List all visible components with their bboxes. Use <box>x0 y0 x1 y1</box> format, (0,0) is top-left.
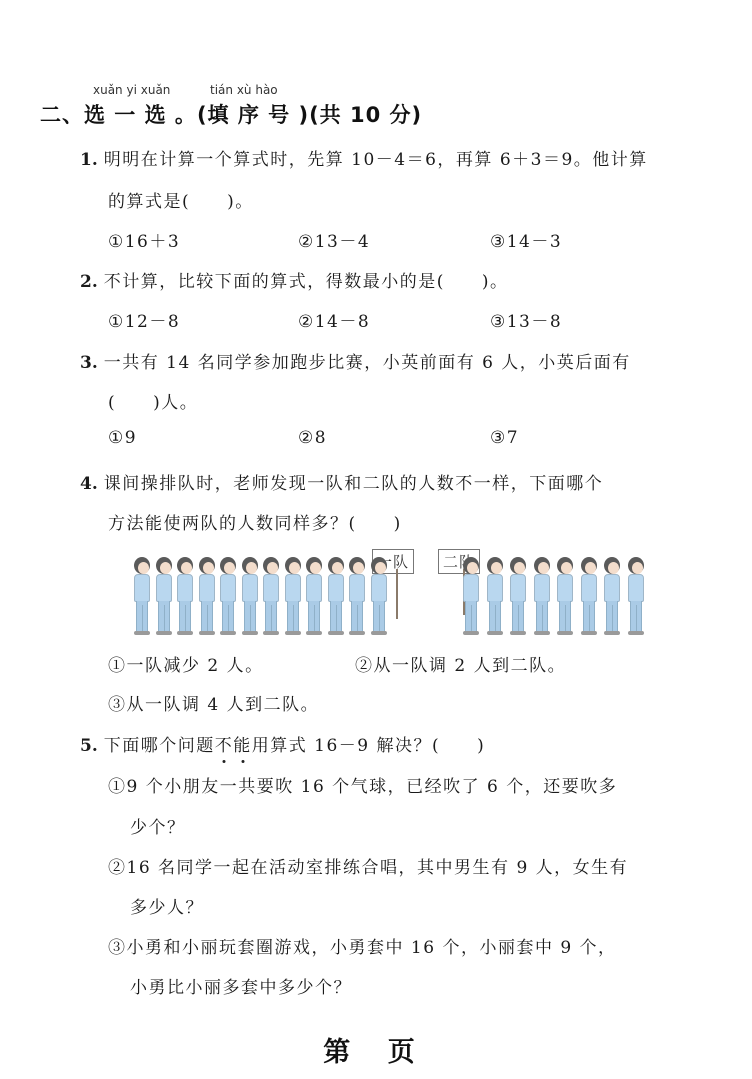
question-text: 明明在计算一个算式时，先算 10－4＝6，再算 6＋3＝9。他计算 <box>104 150 648 170</box>
question-5-option-2-line-2: 多少人？ <box>130 893 204 918</box>
question-4-line-2: 方法能使两队的人数同样多？( ) <box>108 509 402 534</box>
student-figure <box>132 557 152 635</box>
question-number: 3. <box>80 353 98 373</box>
question-text-post: 用算式 16－9 解决？( ) <box>252 736 486 756</box>
student-figure <box>626 557 646 635</box>
student-figure <box>326 557 346 635</box>
question-1-line-1: 1.明明在计算一个算式时，先算 10－4＝6，再算 6＋3＝9。他计算 <box>80 145 648 170</box>
team-1-sign-pole <box>396 569 398 619</box>
student-figure <box>283 557 303 635</box>
question-number: 5. <box>80 736 98 756</box>
student-figure <box>175 557 195 635</box>
question-text-pre: 下面哪个问题 <box>104 736 215 756</box>
question-3-option-3: ③7 <box>490 428 519 448</box>
question-1-option-3: ③14－3 <box>490 227 562 252</box>
question-number: 4. <box>80 474 98 494</box>
student-figure <box>461 557 481 635</box>
question-text: 不计算，比较下面的算式，得数最小的是( )。 <box>104 272 509 292</box>
question-4-line-1: 4.课间操排队时，老师发现一队和二队的人数不一样，下面哪个 <box>80 469 603 494</box>
student-figure <box>602 557 622 635</box>
question-5-line-1: 5.下面哪个问题不能用算式 16－9 解决？( ) <box>80 731 485 756</box>
pinyin-xuan-yi-xuan: xuǎn yi xuǎn <box>93 83 170 97</box>
question-4-option-2: ②从一队调 2 人到二队。 <box>355 651 566 676</box>
question-5-option-3-line-2: 小勇比小丽多套中多少个？ <box>130 973 352 998</box>
emphasis-can: 能 <box>233 736 252 756</box>
question-number: 1. <box>80 150 98 170</box>
question-3-line-2: ( )人。 <box>108 388 198 413</box>
section-number: 二、 <box>40 103 84 127</box>
question-2-option-2: ②14－8 <box>298 307 370 332</box>
student-figure <box>532 557 552 635</box>
section-name: 选 一 选 。 <box>84 103 197 127</box>
section-points: (共 10 分) <box>309 103 422 127</box>
question-text: 一共有 14 名同学参加跑步比赛，小英前面有 6 人，小英后面有 <box>104 353 631 373</box>
student-figure <box>154 557 174 635</box>
question-3-option-2: ②8 <box>298 428 327 448</box>
student-figure <box>508 557 528 635</box>
emphasis-not: 不 <box>215 736 234 756</box>
question-text: 课间操排队时，老师发现一队和二队的人数不一样，下面哪个 <box>104 474 604 494</box>
student-figure <box>347 557 367 635</box>
question-2-option-3: ③13－8 <box>490 307 562 332</box>
question-number: 2. <box>80 272 98 292</box>
question-1-option-2: ②13－4 <box>298 227 370 252</box>
question-1-line-2: 的算式是( )。 <box>108 187 254 212</box>
student-figure <box>218 557 238 635</box>
section-title: 二、选 一 选 。(填 序 号 )(共 10 分) <box>40 99 422 129</box>
question-4-option-1: ①一队减少 2 人。 <box>108 651 264 676</box>
question-4-option-3: ③从一队调 4 人到二队。 <box>108 690 319 715</box>
page-number-label: 第 页 <box>0 1030 752 1069</box>
student-figure <box>579 557 599 635</box>
student-figure <box>369 557 389 635</box>
question-5-option-3-line-1: ③小勇和小丽玩套圈游戏，小勇套中 16 个，小丽套中 9 个， <box>108 933 617 958</box>
question-5-option-1-line-1: ①9 个小朋友一共要吹 16 个气球，已经吹了 6 个，还要吹多 <box>108 772 617 797</box>
student-figure <box>240 557 260 635</box>
question-2-line-1: 2.不计算，比较下面的算式，得数最小的是( )。 <box>80 267 509 292</box>
pinyin-tian-xu-hao: tián xù hào <box>210 83 278 97</box>
question-3-option-1: ①9 <box>108 428 137 448</box>
student-figure <box>197 557 217 635</box>
question-3-line-1: 3.一共有 14 名同学参加跑步比赛，小英前面有 6 人，小英后面有 <box>80 348 631 373</box>
student-figure <box>261 557 281 635</box>
question-5-option-1-line-2: 少个？ <box>130 813 186 838</box>
question-5-option-2-line-1: ②16 名同学一起在活动室排练合唱，其中男生有 9 人，女生有 <box>108 853 628 878</box>
question-1-option-1: ①16＋3 <box>108 227 180 252</box>
section-instruction: (填 序 号 ) <box>197 103 309 127</box>
question-2-option-1: ①12－8 <box>108 307 180 332</box>
queue-illustration: 一队 二队 <box>128 545 643 635</box>
student-figure <box>304 557 324 635</box>
student-figure <box>555 557 575 635</box>
student-figure <box>485 557 505 635</box>
